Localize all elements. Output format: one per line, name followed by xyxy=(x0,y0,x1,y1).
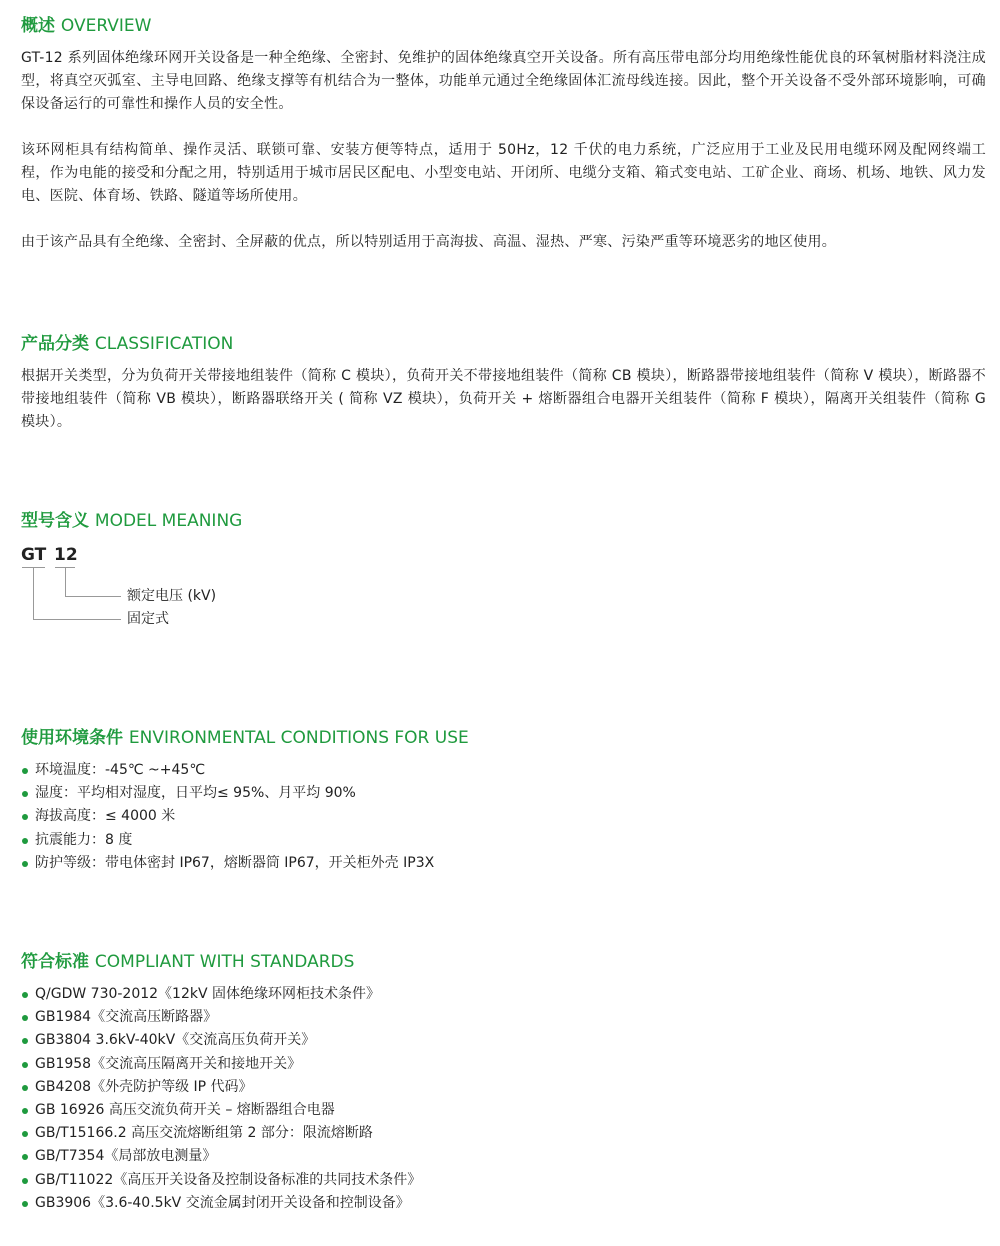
heading-zh: 概述 xyxy=(21,16,55,36)
list-item: 湿度：平均相对湿度，日平均≤ 95%、月平均 90% xyxy=(21,782,986,805)
bullet-icon xyxy=(22,861,28,867)
classification-text: 根据开关类型，分为负荷开关带接地组装件（简称 C 模块），负荷开关不带接地组装件… xyxy=(21,365,986,434)
list-item-text: 防护等级：带电体密封 IP67，熔断器筒 IP67，开关柜外壳 IP3X xyxy=(35,855,434,871)
list-item-text: GB/T11022《高压开关设备及控制设备标准的共同技术条件》 xyxy=(35,1172,421,1188)
heading-en: CLASSIFICATION xyxy=(95,334,233,354)
connector-12-horizontal xyxy=(65,596,121,597)
list-item-text: 环境温度：-45℃ ~+45℃ xyxy=(35,762,205,778)
connector-12-vertical xyxy=(65,568,66,596)
bullet-icon xyxy=(22,1178,28,1184)
model-code-gt: GT xyxy=(21,544,46,566)
heading-zh: 符合标准 xyxy=(21,952,89,972)
heading-en: ENVIRONMENTAL CONDITIONS FOR USE xyxy=(129,728,469,748)
model-label-fixed: 固定式 xyxy=(127,610,169,628)
list-item: GB/T11022《高压开关设备及控制设备标准的共同技术条件》 xyxy=(21,1169,986,1192)
bullet-icon xyxy=(22,838,28,844)
list-item: 海拔高度：≤ 4000 米 xyxy=(21,805,986,828)
list-item: GB3804 3.6kV-40kV《交流高压负荷开关》 xyxy=(21,1029,986,1052)
list-item-text: 海拔高度：≤ 4000 米 xyxy=(35,808,175,824)
bullet-icon xyxy=(22,992,28,998)
list-item: GB 16926 高压交流负荷开关 – 熔断器组合电器 xyxy=(21,1099,986,1122)
heading-zh: 使用环境条件 xyxy=(21,728,123,748)
heading-en: OVERVIEW xyxy=(61,16,152,36)
list-item-text: GB/T7354《局部放电测量》 xyxy=(35,1148,216,1164)
bullet-icon xyxy=(22,1038,28,1044)
classification-section: 产品分类 CLASSIFICATION 根据开关类型，分为负荷开关带接地组装件（… xyxy=(21,333,986,434)
bullet-icon xyxy=(22,768,28,774)
heading-zh: 型号含义 xyxy=(21,511,89,531)
list-item: GB4208《外壳防护等级 IP 代码》 xyxy=(21,1076,986,1099)
list-item-text: GB1958《交流高压隔离开关和接地开关》 xyxy=(35,1056,301,1072)
list-item-text: GB1984《交流高压断路器》 xyxy=(35,1009,217,1025)
environment-heading: 使用环境条件 ENVIRONMENTAL CONDITIONS FOR USE xyxy=(21,727,986,749)
classification-heading: 产品分类 CLASSIFICATION xyxy=(21,333,986,355)
list-item: 抗震能力：8 度 xyxy=(21,829,986,852)
model-diagram: GT 12 额定电压 (kV) 固定式 xyxy=(21,544,321,634)
list-item: GB3906《3.6-40.5kV 交流金属封闭开关设备和控制设备》 xyxy=(21,1192,986,1215)
overview-section: 概述 OVERVIEW GT-12 系列固体绝缘环网开关设备是一种全绝缘、全密封… xyxy=(21,15,986,254)
list-item: 防护等级：带电体密封 IP67，熔断器筒 IP67，开关柜外壳 IP3X xyxy=(21,852,986,875)
bullet-icon xyxy=(22,1201,28,1207)
list-item-text: Q/GDW 730-2012《12kV 固体绝缘环网柜技术条件》 xyxy=(35,986,380,1002)
bullet-icon xyxy=(22,1154,28,1160)
bullet-icon xyxy=(22,1015,28,1021)
connector-gt-vertical xyxy=(33,568,34,619)
standards-heading: 符合标准 COMPLIANT WITH STANDARDS xyxy=(21,951,986,973)
list-item: Q/GDW 730-2012《12kV 固体绝缘环网柜技术条件》 xyxy=(21,983,986,1006)
bullet-icon xyxy=(22,1131,28,1137)
model-label-voltage: 额定电压 (kV) xyxy=(127,587,216,605)
list-item: GB/T15166.2 高压交流熔断组第 2 部分：限流熔断路 xyxy=(21,1122,986,1145)
bullet-icon xyxy=(22,814,28,820)
list-item: GB1984《交流高压断路器》 xyxy=(21,1006,986,1029)
overview-paragraph-2: 该环网柜具有结构简单、操作灵活、联锁可靠、安装方便等特点，适用于 50Hz，12… xyxy=(21,139,986,208)
standards-list: Q/GDW 730-2012《12kV 固体绝缘环网柜技术条件》 GB1984《… xyxy=(21,983,986,1215)
model-meaning-heading: 型号含义 MODEL MEANING xyxy=(21,510,986,532)
model-meaning-section: 型号含义 MODEL MEANING xyxy=(21,510,986,532)
list-item-text: GB3906《3.6-40.5kV 交流金属封闭开关设备和控制设备》 xyxy=(35,1195,410,1211)
list-item-text: 湿度：平均相对湿度，日平均≤ 95%、月平均 90% xyxy=(35,785,356,801)
bullet-icon xyxy=(22,791,28,797)
overview-paragraph-1: GT-12 系列固体绝缘环网开关设备是一种全绝缘、全密封、免维护的固体绝缘真空开… xyxy=(21,47,986,116)
list-item: GB/T7354《局部放电测量》 xyxy=(21,1145,986,1168)
model-code-12: 12 xyxy=(54,544,78,566)
list-item: GB1958《交流高压隔离开关和接地开关》 xyxy=(21,1053,986,1076)
heading-en: MODEL MEANING xyxy=(95,511,242,531)
list-item-text: GB 16926 高压交流负荷开关 – 熔断器组合电器 xyxy=(35,1102,335,1118)
bullet-icon xyxy=(22,1062,28,1068)
environment-list: 环境温度：-45℃ ~+45℃ 湿度：平均相对湿度，日平均≤ 95%、月平均 9… xyxy=(21,759,986,875)
heading-zh: 产品分类 xyxy=(21,334,89,354)
list-item-text: 抗震能力：8 度 xyxy=(35,832,132,848)
list-item-text: GB4208《外壳防护等级 IP 代码》 xyxy=(35,1079,253,1095)
list-item-text: GB/T15166.2 高压交流熔断组第 2 部分：限流熔断路 xyxy=(35,1125,373,1141)
standards-section: 符合标准 COMPLIANT WITH STANDARDS Q/GDW 730-… xyxy=(21,951,986,1215)
overview-paragraph-3: 由于该产品具有全绝缘、全密封、全屏蔽的优点，所以特别适用于高海拔、高温、湿热、严… xyxy=(21,231,986,254)
list-item-text: GB3804 3.6kV-40kV《交流高压负荷开关》 xyxy=(35,1032,315,1048)
list-item: 环境温度：-45℃ ~+45℃ xyxy=(21,759,986,782)
heading-en: COMPLIANT WITH STANDARDS xyxy=(95,952,355,972)
environment-section: 使用环境条件 ENVIRONMENTAL CONDITIONS FOR USE … xyxy=(21,727,986,875)
bullet-icon xyxy=(22,1108,28,1114)
overview-heading: 概述 OVERVIEW xyxy=(21,15,986,37)
bullet-icon xyxy=(22,1085,28,1091)
connector-gt-horizontal xyxy=(33,619,121,620)
